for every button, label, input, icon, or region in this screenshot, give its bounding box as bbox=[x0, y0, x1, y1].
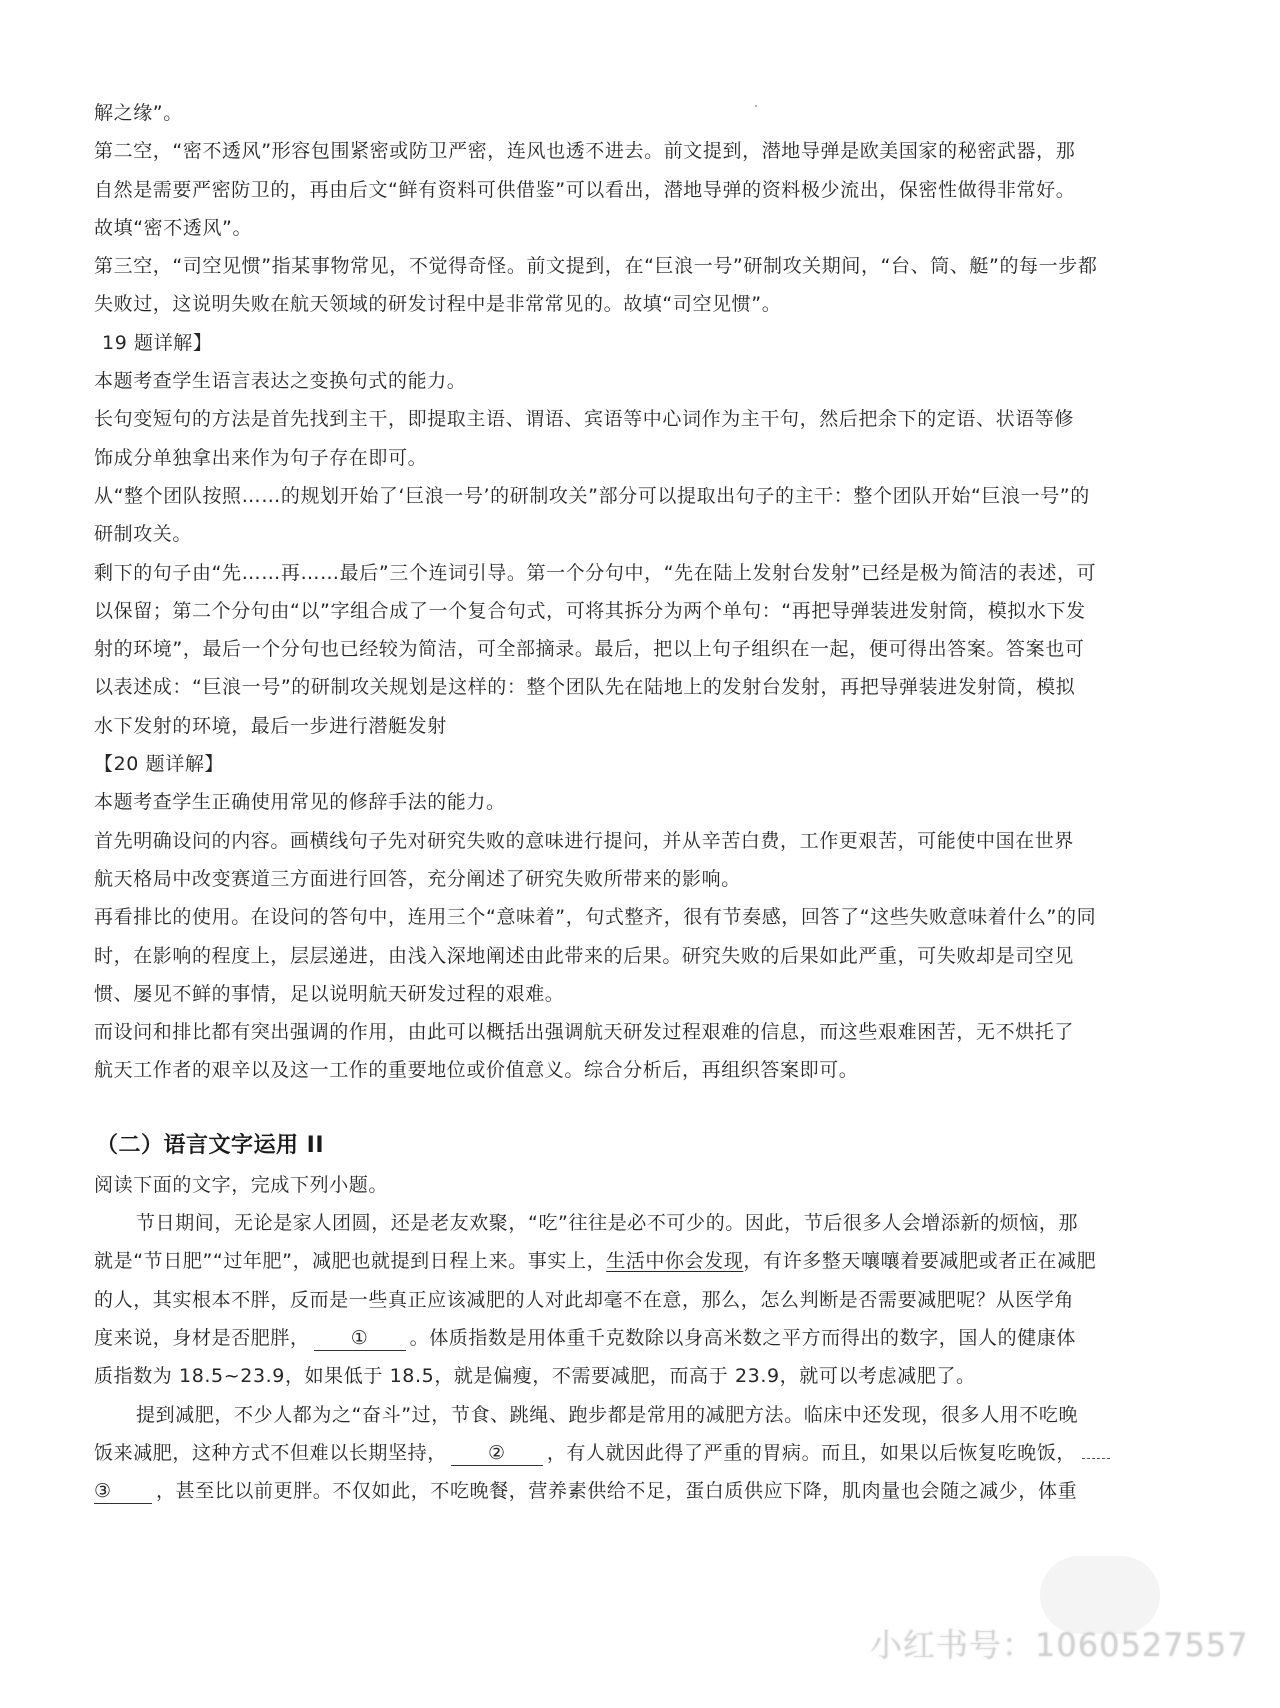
watermark: 小红书号：1060527557 bbox=[870, 1620, 1249, 1666]
document-content: 解之缘”。 第二空，“密不透风”形容包围紧密或防卫严密，连风也透不进去。前文提到… bbox=[94, 94, 1184, 1510]
paragraph-line: 以保留；第二个分句由“以”字组合成了一个复合句式，可将其拆分为两个单句：“再把导… bbox=[94, 592, 1184, 630]
paragraph-line: 航天工作者的艰辛以及这一工作的重要地位或价值意义。综合分析后，再组织答案即可。 bbox=[94, 1051, 1184, 1089]
paragraph-line: 时，在影响的程度上，层层递进，由浅入深地阐述由此带来的后果。研究失败的后果如此严… bbox=[94, 937, 1184, 975]
passage-line: 的人，其实根本不胖，反而是一些真正应该减肥的人对此却毫不在意，那么，怎么判断是否… bbox=[94, 1281, 1184, 1319]
fill-blank-3: ③ bbox=[94, 1479, 152, 1504]
passage-line: 节日期间，无论是家人团圆，还是老友欢聚，“吃”往往是必不可少的。因此，节后很多人… bbox=[94, 1204, 1184, 1242]
q20-label: 【20 题详解】 bbox=[94, 745, 1184, 783]
paragraph-line: 解之缘”。 bbox=[94, 94, 1184, 132]
passage-text: 就是“节日肥”“过年肥”，减肥也就提到日程上来。事实上， bbox=[94, 1250, 606, 1272]
paragraph-line: 失败过，这说明失败在航天领域的研发讨程中是非常常见的。故填“司空见惯”。 bbox=[94, 285, 1184, 323]
paragraph-line: 故填“密不透风”。 bbox=[94, 209, 1184, 247]
paragraph-line: 剩下的句子由“先……再……最后”三个连词引导。第一个分句中，“先在陆上发射台发射… bbox=[94, 554, 1184, 592]
fill-blank-1: ① bbox=[314, 1326, 406, 1351]
paragraph-line: 水下发射的环境，最后一步进行潜艇发射 bbox=[94, 707, 1184, 745]
paragraph-line: 长句变短句的方法是首先找到主干，即提取主语、谓语、宾语等中心词作为主干句，然后把… bbox=[94, 400, 1184, 438]
paragraph-line: 本题考查学生语言表达之变换句式的能力。 bbox=[94, 362, 1184, 400]
paragraph-line: 以表述成：“巨浪一号”的研制攻关规划是这样的：整个团队先在陆地上的发射台发射，再… bbox=[94, 668, 1184, 706]
fill-blank-2: ② bbox=[451, 1441, 543, 1466]
paragraph-line: 自然是需要严密防卫的，再由后文“鲜有资料可供借鉴”可以看出，潜地导弹的资料极少流… bbox=[94, 171, 1184, 209]
passage-line: 提到减肥，不少人都为之“奋斗”过，节食、跳绳、跑步都是常用的减肥方法。临床中还发… bbox=[94, 1396, 1184, 1434]
paragraph-line: 射的环境”，最后一个分句也已经较为简洁，可全部摘录。最后，把以上句子组织在一起，… bbox=[94, 630, 1184, 668]
section-spacer bbox=[94, 1090, 1184, 1126]
passage-text: 。体质指数是用体重千克数除以身高米数之平方而得出的数字，国人的健康体 bbox=[410, 1327, 1076, 1349]
paragraph-line: 研制攻关。 bbox=[94, 515, 1184, 553]
section-instruction: 阅读下面的文字，完成下列小题。 bbox=[94, 1166, 1184, 1204]
passage-text: ，甚至比以前更胖。不仅如此，不吃晚餐，营养素供给不足，蛋白质供应下降，肌肉量也会… bbox=[156, 1480, 1077, 1502]
paragraph-line: 饰成分单独拿出来作为句子存在即可。 bbox=[94, 439, 1184, 477]
fill-blank-3-lead bbox=[1082, 1458, 1110, 1459]
paragraph-line: 第三空，“司空见惯”指某事物常见，不觉得奇怪。前文提到，在“巨浪一号”研制攻关期… bbox=[94, 247, 1184, 285]
paragraph-line: 首先明确设问的内容。画横线句子先对研究失败的意味进行提问，并从辛苦白费，工作更艰… bbox=[94, 822, 1184, 860]
section-heading: （二）语言文字运用 II bbox=[94, 1126, 1184, 1166]
passage-text: ，有人就因此得了严重的胃病。而且，如果以后恢复吃晚饭， bbox=[547, 1442, 1076, 1464]
passage-text: 度来说，身材是否肥胖， bbox=[94, 1327, 310, 1349]
underlined-sentence: 生活中你会发现 bbox=[606, 1250, 743, 1272]
passage-line: 就是“节日肥”“过年肥”，减肥也就提到日程上来。事实上，生活中你会发现，有许多整… bbox=[94, 1242, 1184, 1280]
passage-line: 饭来减肥，这种方式不但难以长期坚持，②，有人就因此得了严重的胃病。而且，如果以后… bbox=[94, 1434, 1184, 1472]
paragraph-line: 本题考查学生正确使用常见的修辞手法的能力。 bbox=[94, 783, 1184, 821]
passage-line: 度来说，身材是否肥胖，①。体质指数是用体重千克数除以身高米数之平方而得出的数字，… bbox=[94, 1319, 1184, 1357]
paragraph-line: 而设问和排比都有突出强调的作用，由此可以概括出强调航天研发过程艰难的信息，而这些… bbox=[94, 1013, 1184, 1051]
q19-label: 19 题详解】 bbox=[94, 324, 1184, 362]
paragraph-line: 航天格局中改变赛道三方面进行回答，充分阐述了研究失败所带来的影响。 bbox=[94, 860, 1184, 898]
passage-line: 质指数为 18.5~23.9，如果低于 18.5，就是偏瘦，不需要减肥，而高于 … bbox=[94, 1357, 1184, 1395]
passage-text: 饭来减肥，这种方式不但难以长期坚持， bbox=[94, 1442, 447, 1464]
passage-text: ，有许多整天嚷嚷着要减肥或者正在减肥 bbox=[743, 1250, 1096, 1272]
paragraph-line: 从“整个团队按照……的规划开始了‘巨浪一号’的研制攻关”部分可以提取出句子的主干… bbox=[94, 477, 1184, 515]
document-page: 解之缘”。 第二空，“密不透风”形容包围紧密或防卫严密，连风也透不进去。前文提到… bbox=[0, 0, 1280, 1708]
passage-line: ③，甚至比以前更胖。不仅如此，不吃晚餐，营养素供给不足，蛋白质供应下降，肌肉量也… bbox=[94, 1472, 1184, 1510]
paragraph-line: 再看排比的使用。在设问的答句中，连用三个“意味着”，句式整齐，很有节奏感，回答了… bbox=[94, 898, 1184, 936]
paragraph-line: 惯、屡见不鲜的事情，足以说明航天研发过程的艰难。 bbox=[94, 975, 1184, 1013]
paragraph-line: 第二空，“密不透风”形容包围紧密或防卫严密，连风也透不进去。前文提到，潜地导弹是… bbox=[94, 132, 1184, 170]
